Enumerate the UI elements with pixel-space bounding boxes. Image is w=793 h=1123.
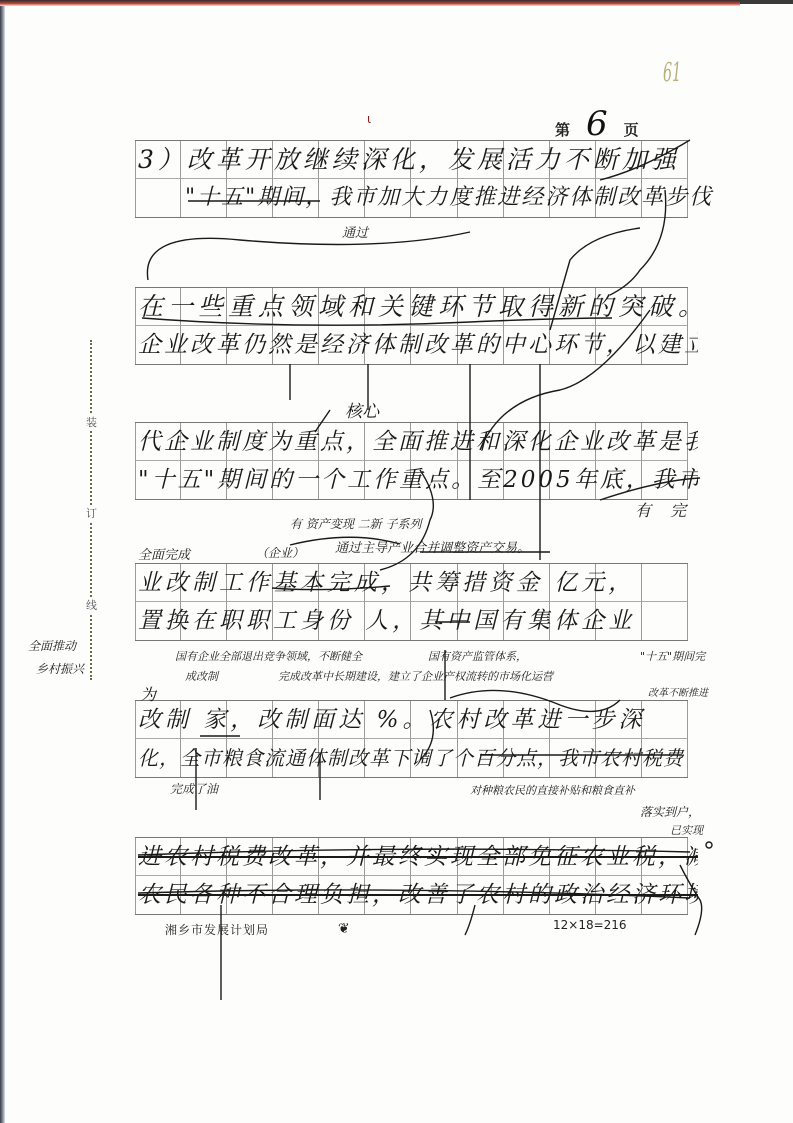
annotation-between-l8-l9-a: 国有企业全部退出竞争领域，不断健全: [175, 648, 362, 664]
page-number: 6: [586, 104, 608, 144]
annotation-below-l10-a: 完成了油: [170, 780, 218, 797]
binding-char-xian: 线: [86, 597, 97, 613]
scan-edge-left: [0, 0, 5, 1123]
manuscript-line-8: 置换在职职工身份 人，其中国有集体企业: [138, 602, 698, 640]
scan-edge-top: [0, 0, 740, 6]
manuscript-line-2: "十五"期间，我市加大力度推进经济体制改革步伐: [185, 179, 745, 217]
annotation-above-l7-b: 通过主导产业合并调整资产交易。: [335, 537, 530, 556]
margin-note-b: 乡村振兴: [36, 660, 84, 677]
red-ink-mark: ɩ: [367, 112, 371, 126]
annotation-between-l8-l9-f: 改革不断推进: [648, 684, 708, 699]
binding-char-ding: 订: [86, 505, 97, 521]
manuscript-line-5: 代企业制度为重点，全面推进和深化企业改革是我市: [138, 423, 698, 461]
annotation-left-l9: 为: [140, 682, 156, 705]
annotation-above-l7-c: （企业）: [256, 544, 304, 561]
binding-char-zhuang: 装: [86, 414, 97, 430]
annotation-above-l5: 核心: [345, 397, 379, 422]
manuscript-line-12-struck: 农民各种不合理负担，改善了农村的政治经济环境: [138, 876, 698, 914]
annotation-below-l2: 通过: [342, 222, 368, 241]
stamp-logo-icon: ❦: [338, 921, 350, 937]
footer-grid-spec: 12×18=216: [553, 918, 627, 932]
annotation-right-l11: 已实现: [670, 822, 703, 838]
manuscript-line-11-struck: 进农村税费改革，并最终实现全部免征农业税，减轻: [138, 838, 698, 876]
manuscript-line-4: 企业改革仍然是经济体制改革的中心环节，以建立现: [138, 326, 698, 364]
page-label-prefix: 第: [555, 119, 570, 140]
archive-number: 61: [663, 58, 681, 88]
manuscript-line-9: 改制 家，改制面达 %。农村改革进一步深: [138, 701, 698, 739]
annotation-between-l8-l9-c: "十五"期间完: [640, 648, 705, 664]
manuscript-line-7: 业改制工作基本完成，共筹措资金 亿元，: [138, 564, 698, 602]
page-number-header: 第 6 页: [555, 104, 639, 144]
annotation-left-l7: 全面完成: [138, 544, 190, 563]
manuscript-line-6: "十五"期间的一个工作重点。至2005年底，我市已: [138, 461, 698, 499]
annotation-below-l10-b: 对种粮农民的直接补贴和粮食直补: [470, 782, 635, 798]
footer-organization: 湘乡市发展计划局: [165, 921, 269, 938]
annotation-between-l8-l9-e: 完成改革中长期建设，建立了企业产权流转的市场化运营: [278, 668, 553, 684]
manuscript-line-3: 在一些重点领域和关键环节取得新的突破。国有: [138, 288, 698, 326]
annotation-between-l8-l9-d: 成改制: [185, 668, 218, 684]
annotation-right-l6: 有 完: [635, 498, 686, 521]
margin-note-a: 全面推动: [28, 637, 76, 654]
annotation-between-l8-l9-b: 国有资产监管体系，: [428, 648, 527, 664]
annotation-above-l7-a: 有 资产变现 二新 子系列: [290, 515, 421, 532]
page-label-suffix: 页: [624, 119, 639, 140]
annotation-below-l10-c: 落实到户，: [640, 803, 700, 820]
manuscript-line-1: 3）改革开放继续深化，发展活力不断加强: [138, 141, 698, 179]
scan-edge-top-right: [740, 0, 793, 4]
manuscript-line-10: 化，全市粮食流通体制改革下调了个百分点，我市农村税费: [138, 739, 698, 777]
